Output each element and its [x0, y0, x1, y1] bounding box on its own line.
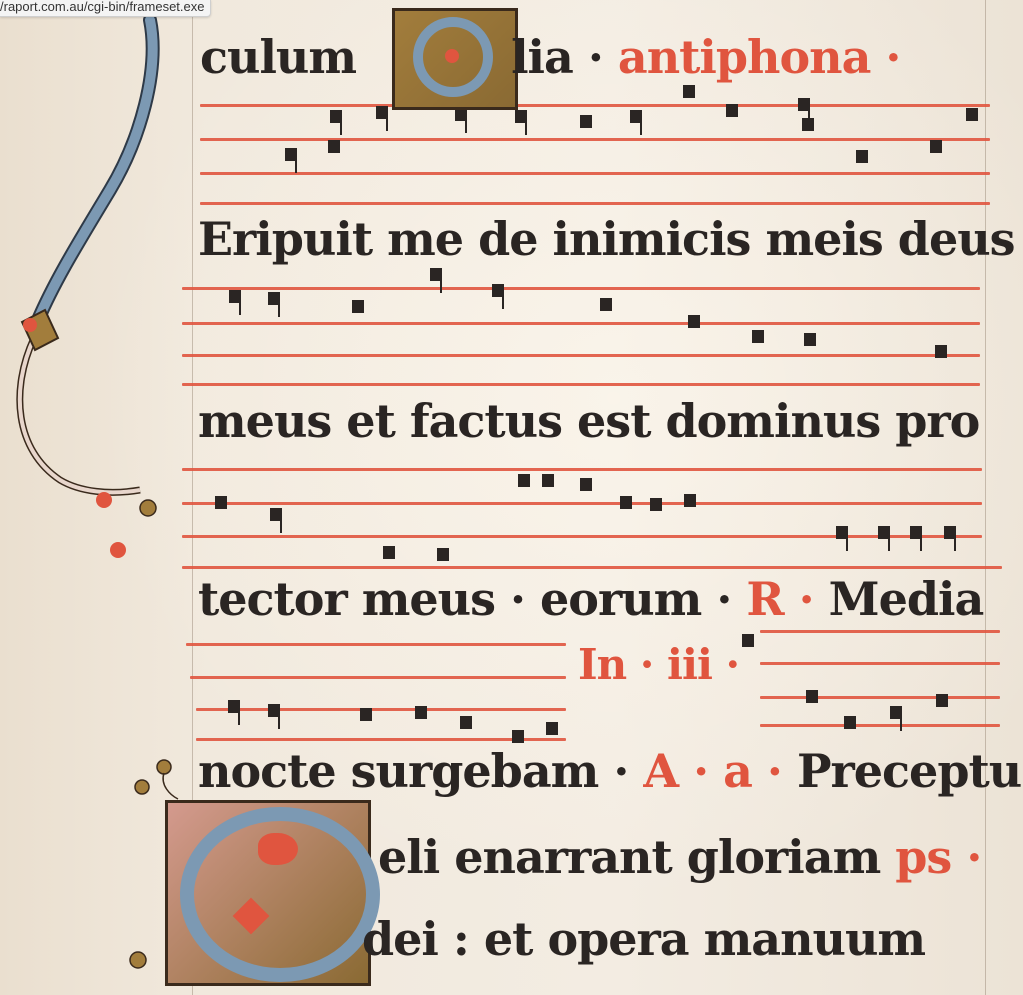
neume — [856, 150, 868, 163]
neume — [620, 496, 632, 509]
neume — [930, 140, 942, 153]
trefoil-ornament-icon — [118, 940, 158, 980]
text-line-1: culum lia · antiphona · — [200, 30, 900, 84]
staff-line — [186, 643, 566, 646]
rubric-segment: R · — [746, 572, 813, 626]
status-url-tooltip: /raport.com.au/cgi-bin/frameset.exe — [0, 0, 211, 17]
neume — [460, 716, 472, 729]
text-segment: Media — [829, 572, 984, 626]
neume — [726, 104, 738, 117]
staff-line — [760, 662, 1000, 665]
neume — [229, 290, 241, 303]
neume — [492, 284, 504, 297]
neume — [546, 722, 558, 735]
neume — [580, 478, 592, 491]
neume — [804, 333, 816, 346]
marginal-decoration-icon — [0, 0, 190, 600]
text-segment: meus et factus est dominus pro — [198, 394, 979, 448]
staff-line — [196, 738, 566, 741]
neume — [944, 526, 956, 539]
neume — [683, 85, 695, 98]
neume — [684, 494, 696, 507]
rubric-segment: In · iii · — [578, 640, 739, 689]
neume — [430, 268, 442, 281]
staff-line — [196, 708, 566, 711]
text-segment: dei : et opera manuum — [362, 912, 925, 966]
neume — [415, 706, 427, 719]
neume — [376, 106, 388, 119]
staff-line — [182, 468, 982, 471]
neume — [330, 110, 342, 123]
text-line-2: Eripuit me de inimicis meis deus — [198, 212, 1015, 266]
neume — [752, 330, 764, 343]
staff-line — [182, 383, 980, 386]
neume — [910, 526, 922, 539]
neume — [328, 140, 340, 153]
neume — [798, 98, 810, 111]
text-segment: tector meus · eorum · — [198, 572, 731, 626]
neume — [935, 345, 947, 358]
neume — [542, 474, 554, 487]
neume — [742, 634, 754, 647]
text-line-8: dei : et opera manuum — [362, 912, 925, 966]
neume — [285, 148, 297, 161]
neume — [383, 546, 395, 559]
neume — [936, 694, 948, 707]
rubric-segment: ps · — [895, 830, 981, 884]
neume — [844, 716, 856, 729]
staff-line — [200, 172, 990, 175]
neume — [630, 110, 642, 123]
text-segment: eli enarrant gloriam — [378, 830, 880, 884]
text-line-6: nocte surgebam · A · a · Preceptu · — [198, 744, 1023, 798]
text-segment: culum — [200, 30, 356, 84]
neume — [518, 474, 530, 487]
trefoil-ornament-icon — [130, 755, 180, 805]
rubric-segment: antiphona · — [618, 30, 901, 84]
neume — [515, 110, 527, 123]
text-line-7: eli enarrant gloriam ps · — [378, 830, 981, 884]
rubric-segment: A · a · — [643, 744, 782, 798]
neume — [228, 700, 240, 713]
text-segment: Preceptu · — [797, 744, 1023, 798]
text-line-5: In · iii · — [578, 640, 739, 689]
staff-line — [760, 696, 1000, 699]
staff-line — [182, 287, 980, 290]
neume — [352, 300, 364, 313]
neume — [806, 690, 818, 703]
neume — [802, 118, 814, 131]
staff-line — [182, 354, 980, 357]
neume — [215, 496, 227, 509]
neume — [360, 708, 372, 721]
neume — [600, 298, 612, 311]
staff-line — [182, 502, 982, 505]
staff-line — [182, 322, 980, 325]
neume — [890, 706, 902, 719]
text-segment: Eripuit me de inimicis meis deus — [198, 212, 1015, 266]
staff-line — [182, 566, 1002, 569]
staff-line — [182, 535, 982, 538]
neume — [270, 508, 282, 521]
neume — [268, 704, 280, 717]
dragon-head-icon — [258, 833, 298, 865]
text-segment: lia · — [511, 30, 603, 84]
staff-line — [760, 630, 1000, 633]
text-segment: nocte surgebam · — [198, 744, 628, 798]
illuminated-initial-c — [165, 800, 371, 986]
text-line-3: meus et factus est dominus pro — [198, 394, 979, 448]
staff-line — [200, 202, 990, 205]
manuscript-page: /raport.com.au/cgi-bin/frameset.exe — [0, 0, 1023, 995]
neume — [650, 498, 662, 511]
text-line-4: tector meus · eorum · R · Media — [198, 572, 983, 626]
neume — [512, 730, 524, 743]
neume — [580, 115, 592, 128]
neume — [966, 108, 978, 121]
neume — [688, 315, 700, 328]
neume — [268, 292, 280, 305]
neume — [836, 526, 848, 539]
staff-line — [200, 138, 990, 141]
staff-line — [760, 724, 1000, 727]
neume — [878, 526, 890, 539]
neume — [437, 548, 449, 561]
staff-line — [200, 104, 990, 107]
ruling-line-right — [985, 0, 986, 995]
staff-line — [190, 676, 566, 679]
